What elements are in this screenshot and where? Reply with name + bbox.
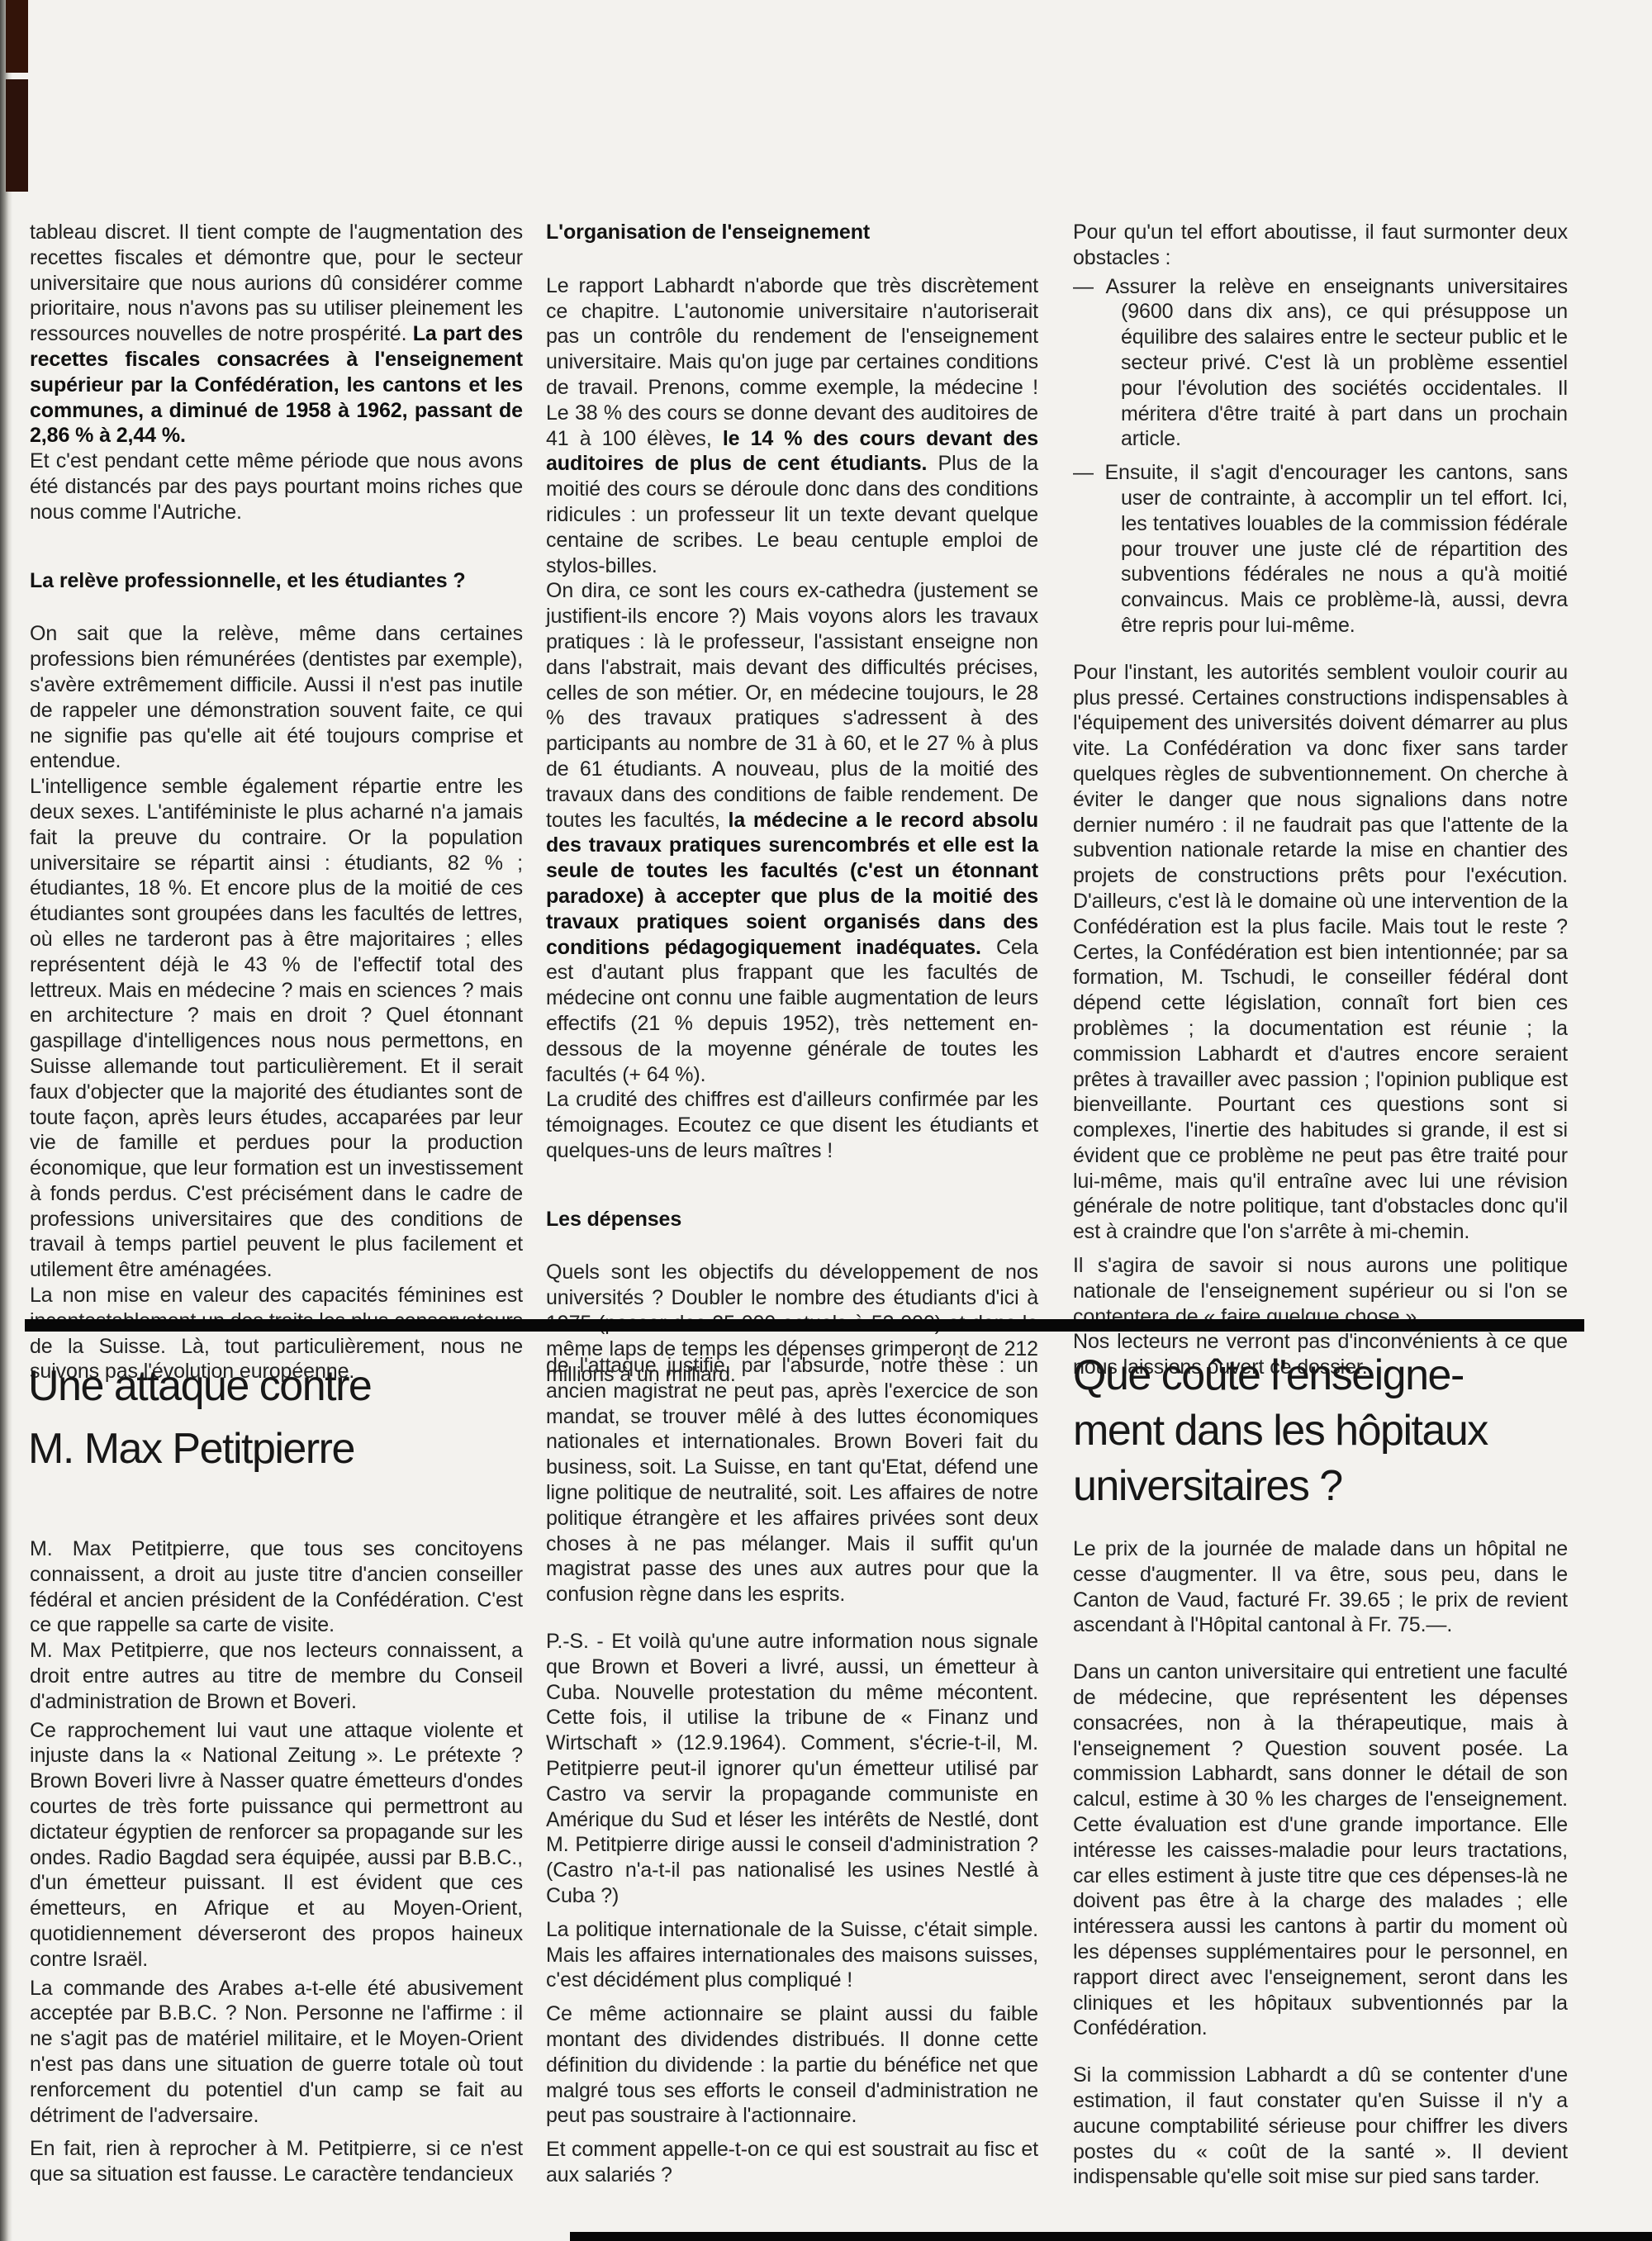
- paragraph: de l'attaque justifie, par l'absurde, no…: [546, 1353, 1038, 1607]
- paragraph: La crudité des chiffres est d'ailleurs c…: [546, 1087, 1038, 1163]
- text-run: Pour qu'un tel effort aboutisse, il faut…: [1073, 221, 1568, 269]
- paragraph: Ce rapprochement lui vaut une attaque vi…: [30, 1718, 523, 1973]
- text-run: L'intelligence semble également répartie…: [30, 775, 523, 1281]
- text-run: Le prix de la journée de malade dans un …: [1073, 1537, 1568, 1636]
- column-top-middle: L'organisation de l'enseignementLe rappo…: [546, 220, 1038, 1387]
- column-top-left: tableau discret. Il tient compte de l'au…: [30, 220, 523, 1384]
- paragraph: Et c'est pendant cette même période que …: [30, 449, 523, 525]
- newspaper-page: tableau discret. Il tient compte de l'au…: [0, 0, 1652, 2241]
- paragraph: M. Max Petitpierre, que nos lecteurs con…: [30, 1638, 523, 1714]
- paragraph: Et comment appelle-t-on ce qui est soust…: [546, 2137, 1038, 2188]
- subheading: Les dépenses: [546, 1207, 1038, 1232]
- column-top-right: Pour qu'un tel effort aboutisse, il faut…: [1073, 220, 1568, 1380]
- section-divider-rule: [25, 1319, 1584, 1332]
- scan-bottom-bar: [570, 2232, 1652, 2241]
- text-run: P.-S. - Et voilà qu'une autre informatio…: [546, 1630, 1038, 1907]
- subheading: La relève professionnelle, et les étudia…: [30, 568, 523, 594]
- paragraph: En fait, rien à reprocher à M. Petitpier…: [30, 2136, 523, 2187]
- scan-edge-strip: [0, 0, 12, 2241]
- paragraph: La commande des Arabes a-t-elle été abus…: [30, 1976, 523, 2129]
- scan-edge-mark: [6, 79, 28, 192]
- text-run: Et c'est pendant cette même période que …: [30, 449, 523, 524]
- text-run: En fait, rien à reprocher à M. Petitpier…: [30, 2137, 523, 2186]
- paragraph: Pour qu'un tel effort aboutisse, il faut…: [1073, 220, 1568, 271]
- paragraph: Pour l'instant, les autorités semblent v…: [1073, 660, 1568, 1245]
- text-run: M. Max Petitpierre, que tous ses concito…: [30, 1537, 523, 1636]
- text-run: La politique internationale de la Suisse…: [546, 1918, 1038, 1992]
- paragraph: Il s'agira de savoir si nous aurons une …: [1073, 1253, 1568, 1329]
- text-run: Si la commission Labhardt a dû se conten…: [1073, 2063, 1568, 2188]
- paragraph: Dans un canton universitaire qui entreti…: [1073, 1659, 1568, 2041]
- text-run: Il s'agira de savoir si nous aurons une …: [1073, 1254, 1568, 1328]
- text-run: — Ensuite, il s'agit d'encourager les ca…: [1073, 461, 1568, 637]
- headline-cout-enseignement-hopitaux: Que coûte l'enseigne- ment dans les hôpi…: [1073, 1348, 1635, 1514]
- paragraph: — Assurer la relève en enseignants unive…: [1073, 274, 1568, 453]
- text-run: Pour l'instant, les autorités semblent v…: [1073, 661, 1568, 1244]
- subheading: L'organisation de l'enseignement: [546, 220, 1038, 245]
- text-run: Ce rapprochement lui vaut une attaque vi…: [30, 1719, 523, 1971]
- text-run: Le rapport Labhardt n'aborde que très di…: [546, 274, 1038, 450]
- text-run: La crudité des chiffres est d'ailleurs c…: [546, 1088, 1038, 1162]
- paragraph: On dira, ce sont les cours ex-cathedra (…: [546, 578, 1038, 1087]
- paragraph: Le rapport Labhardt n'aborde que très di…: [546, 273, 1038, 579]
- paragraph: M. Max Petitpierre, que tous ses concito…: [30, 1536, 523, 1638]
- text-run: Et comment appelle-t-on ce qui est soust…: [546, 2138, 1038, 2186]
- paragraph: tableau discret. Il tient compte de l'au…: [30, 220, 523, 449]
- paragraph: P.-S. - Et voilà qu'une autre informatio…: [546, 1629, 1038, 1909]
- text-run: On dira, ce sont les cours ex-cathedra (…: [546, 579, 1038, 831]
- text-run: de l'attaque justifie, par l'absurde, no…: [546, 1354, 1038, 1606]
- text-run: On sait que la relève, même dans certain…: [30, 622, 523, 772]
- paragraph: La politique internationale de la Suisse…: [546, 1917, 1038, 1993]
- column-bottom-middle: de l'attaque justifie, par l'absurde, no…: [546, 1353, 1038, 2188]
- text-run: M. Max Petitpierre, que nos lecteurs con…: [30, 1639, 523, 1713]
- headline-attaque-petitpierre: Une attaque contre M. Max Petitpierre: [28, 1355, 573, 1480]
- paragraph: On sait que la relève, même dans certain…: [30, 621, 523, 774]
- text-run: La commande des Arabes a-t-elle été abus…: [30, 1977, 523, 2127]
- paragraph: Si la commission Labhardt a dû se conten…: [1073, 2063, 1568, 2190]
- paragraph: — Ensuite, il s'agit d'encourager les ca…: [1073, 460, 1568, 639]
- column-bottom-right: Le prix de la journée de malade dans un …: [1073, 1536, 1568, 2190]
- column-bottom-left: M. Max Petitpierre, que tous ses concito…: [30, 1536, 523, 2187]
- text-run: Ce même actionnaire se plaint aussi du f…: [546, 2002, 1038, 2127]
- text-run: Dans un canton universitaire qui entreti…: [1073, 1660, 1568, 2039]
- paragraph: Le prix de la journée de malade dans un …: [1073, 1536, 1568, 1638]
- text-run: — Assurer la relève en enseignants unive…: [1073, 275, 1568, 451]
- paragraph: L'intelligence semble également répartie…: [30, 774, 523, 1283]
- paragraph: Ce même actionnaire se plaint aussi du f…: [546, 2001, 1038, 2129]
- scan-edge-mark: [6, 0, 28, 73]
